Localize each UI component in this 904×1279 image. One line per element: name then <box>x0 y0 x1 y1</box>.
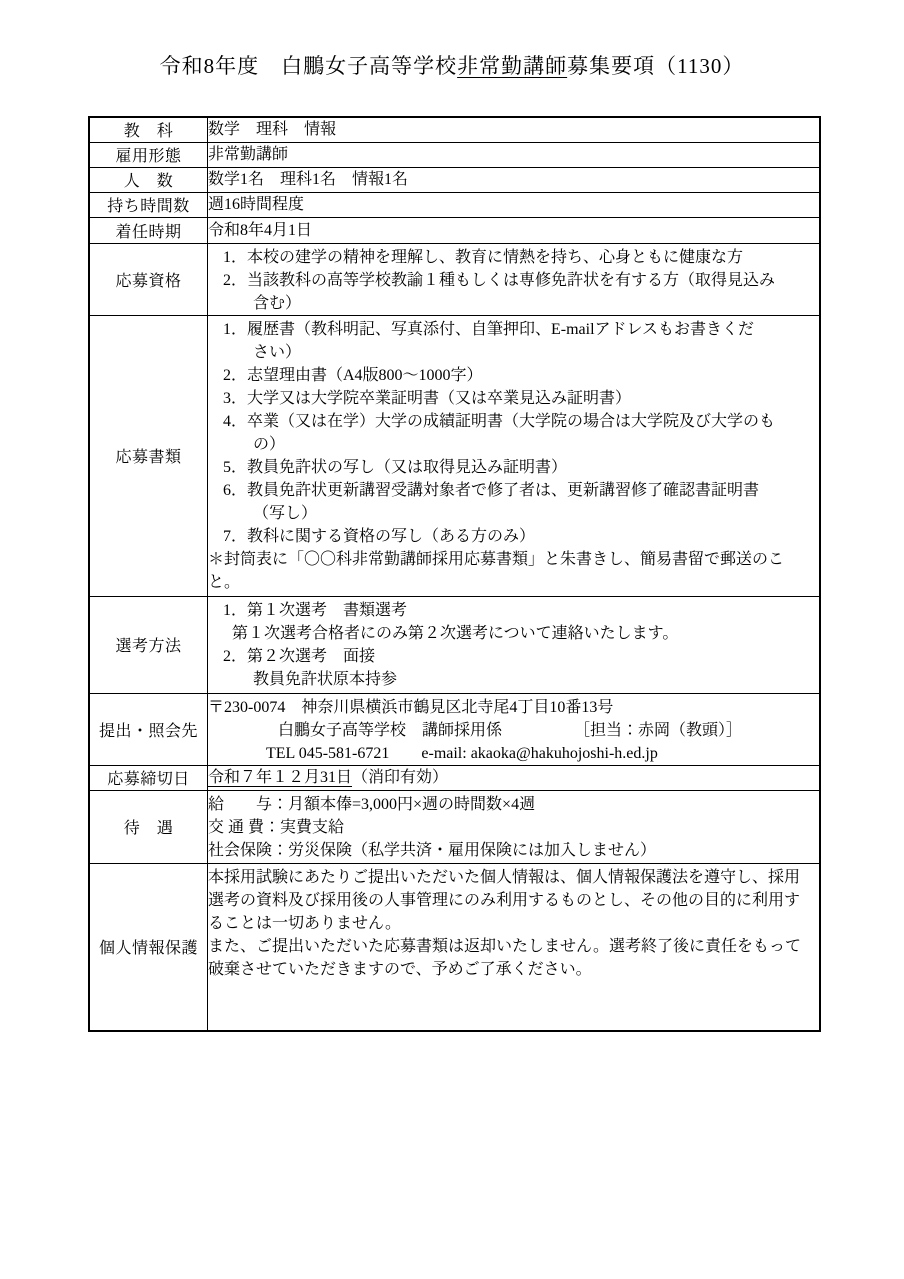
text-segment: 7．教科に関する資格の写し（ある方のみ） <box>223 528 535 545</box>
table-row-privacy: 個人情報保護本採用試験にあたりご提出いただいた個人情報は、個人情報保護法を遵守し… <box>89 863 820 1031</box>
text-line: TEL 045-581-6721 e-mail: akaoka@hakuhojo… <box>208 742 819 765</box>
row-content-hours: 週16時間程度 <box>208 192 821 217</box>
text-line: 第１次選考合格者にのみ第２次選考について連絡いたします。 <box>208 622 819 645</box>
text-line: 教員免許状原本持参 <box>208 668 819 691</box>
text-line: 数学 理科 情報 <box>208 118 819 141</box>
text-segment: さい） <box>253 344 301 361</box>
text-segment: と。 <box>208 574 240 591</box>
underlined-text: 令和７年１２月31日 <box>208 769 352 786</box>
row-content-subject: 数学 理科 情報 <box>208 117 821 142</box>
table-row-contact: 提出・照会先〒230-0074 神奈川県横浜市鶴見区北寺尾4丁目10番13号白鵬… <box>89 693 820 765</box>
text-segment: 白鵬女子高等学校 講師採用係 ［担当：赤岡（教頭）］ <box>278 722 742 739</box>
table-row-compensation: 待 遇給 与：月額本俸=3,000円×週の時間数×4週交 通 費：実費支給社会保… <box>89 790 820 863</box>
text-line: 7．教科に関する資格の写し（ある方のみ） <box>208 525 819 548</box>
text-segment: 非常勤講師 <box>208 146 288 163</box>
text-segment: 本採用試験にあたりご提出いただいた個人情報は、個人情報保護法を遵守し、採用 <box>208 869 800 886</box>
text-line: 2．志望理由書（A4版800～1000字） <box>208 364 819 387</box>
text-line: 本採用試験にあたりご提出いただいた個人情報は、個人情報保護法を遵守し、採用 <box>208 866 819 889</box>
text-line: 〒230-0074 神奈川県横浜市鶴見区北寺尾4丁目10番13号 <box>208 696 819 719</box>
text-segment: 6．教員免許状更新講習受講対象者で修了者は、更新講習修了確認書証明書 <box>223 482 759 499</box>
title-underlined-text: 非常勤講師 <box>457 54 567 78</box>
text-line: 週16時間程度 <box>208 193 819 216</box>
text-segment: 第１次選考合格者にのみ第２次選考について連絡いたします。 <box>232 625 678 642</box>
text-segment: 5．教員免許状の写し（又は取得見込み証明書） <box>223 459 567 476</box>
text-segment: 選考の資料及び採用後の人事管理にのみ利用するものとし、その他の目的に利用す <box>208 892 800 909</box>
row-label-subject: 教 科 <box>89 117 208 142</box>
text-line: 非常勤講師 <box>208 143 819 166</box>
table-row-subject: 教 科数学 理科 情報 <box>89 117 820 142</box>
row-label-headcount: 人 数 <box>89 167 208 192</box>
text-segment: 令和8年4月1日 <box>208 222 312 239</box>
page-title: 令和8年度 白鵬女子高等学校非常勤講師募集要項（1130） <box>0 0 904 80</box>
text-line: （写し） <box>208 502 819 525</box>
text-line: の） <box>208 433 819 456</box>
table-row-qualifications: 応募資格1．本校の建学の精神を理解し、教育に情熱を持ち、心身ともに健康な方2．当… <box>89 243 820 315</box>
text-line: 3．大学又は大学院卒業証明書（又は卒業見込み証明書） <box>208 387 819 410</box>
row-label-documents: 応募書類 <box>89 315 208 596</box>
table-row-start-date: 着任時期令和8年4月1日 <box>89 217 820 243</box>
row-label-compensation: 待 遇 <box>89 790 208 863</box>
text-line: ＊封筒表に「〇〇科非常勤講師採用応募書類」と朱書きし、簡易書留で郵送のこ <box>208 548 819 571</box>
row-content-employment-type: 非常勤講師 <box>208 142 821 167</box>
text-line: 令和8年4月1日 <box>208 219 819 242</box>
text-line: 5．教員免許状の写し（又は取得見込み証明書） <box>208 456 819 479</box>
text-line: 選考の資料及び採用後の人事管理にのみ利用するものとし、その他の目的に利用す <box>208 889 819 912</box>
table-row-deadline: 応募締切日令和７年１２月31日（消印有効） <box>89 765 820 790</box>
text-segment: TEL 045-581-6721 e-mail: akaoka@hakuhojo… <box>266 745 658 762</box>
text-line: さい） <box>208 341 819 364</box>
text-line: 6．教員免許状更新講習受講対象者で修了者は、更新講習修了確認書証明書 <box>208 479 819 502</box>
text-segment: 〒230-0074 神奈川県横浜市鶴見区北寺尾4丁目10番13号 <box>208 699 613 716</box>
text-line: 令和７年１２月31日（消印有効） <box>208 766 819 789</box>
document-page: 令和8年度 白鵬女子高等学校非常勤講師募集要項（1130） 教 科数学 理科 情… <box>0 0 904 1279</box>
text-segment: 3．大学又は大学院卒業証明書（又は卒業見込み証明書） <box>223 390 631 407</box>
row-content-headcount: 数学1名 理科1名 情報1名 <box>208 167 821 192</box>
text-segment: 週16時間程度 <box>208 196 304 213</box>
text-line: ることは一切ありません。 <box>208 912 819 935</box>
text-line: 1．履歴書（教科明記、写真添付、自筆押印、E-mailアドレスもお書きくだ <box>208 318 819 341</box>
row-label-privacy: 個人情報保護 <box>89 863 208 1031</box>
text-segment: 1．履歴書（教科明記、写真添付、自筆押印、E-mailアドレスもお書きくだ <box>223 321 754 338</box>
row-label-contact: 提出・照会先 <box>89 693 208 765</box>
text-segment: 給 与：月額本俸=3,000円×週の時間数×4週 <box>208 796 535 813</box>
text-segment: 2．当該教科の高等学校教諭１種もしくは専修免許状を有する方（取得見込み <box>223 272 775 289</box>
text-line: 数学1名 理科1名 情報1名 <box>208 168 819 191</box>
row-content-contact: 〒230-0074 神奈川県横浜市鶴見区北寺尾4丁目10番13号白鵬女子高等学校… <box>208 693 821 765</box>
text-segment: 数学 理科 情報 <box>208 121 336 138</box>
text-line: 交 通 費：実費支給 <box>208 816 819 839</box>
row-label-hours: 持ち時間数 <box>89 192 208 217</box>
text-segment: 教員免許状原本持参 <box>253 671 397 688</box>
text-line: 1．本校の建学の精神を理解し、教育に情熱を持ち、心身ともに健康な方 <box>208 246 819 269</box>
text-segment: （消印有効） <box>352 769 448 786</box>
title-text-pre: 令和8年度 白鵬女子高等学校 <box>160 54 458 78</box>
table-row-headcount: 人 数数学1名 理科1名 情報1名 <box>89 167 820 192</box>
text-segment: 社会保険：労災保険（私学共済・雇用保険には加入しません） <box>208 842 656 859</box>
row-content-qualifications: 1．本校の建学の精神を理解し、教育に情熱を持ち、心身ともに健康な方2．当該教科の… <box>208 243 821 315</box>
row-label-qualifications: 応募資格 <box>89 243 208 315</box>
text-segment: 含む） <box>253 295 301 312</box>
text-line: 4．卒業（又は在学）大学の成績証明書（大学院の場合は大学院及び大学のも <box>208 410 819 433</box>
text-segment: ＊封筒表に「〇〇科非常勤講師採用応募書類」と朱書きし、簡易書留で郵送のこ <box>208 551 784 568</box>
text-segment: ることは一切ありません。 <box>208 915 401 932</box>
text-line: 2．第２次選考 面接 <box>208 645 819 668</box>
row-content-selection: 1．第１次選考 書類選考第１次選考合格者にのみ第２次選考について連絡いたします。… <box>208 596 821 693</box>
text-segment: 2．第２次選考 面接 <box>223 648 375 665</box>
table-row-selection: 選考方法1．第１次選考 書類選考第１次選考合格者にのみ第２次選考について連絡いた… <box>89 596 820 693</box>
row-content-start-date: 令和8年4月1日 <box>208 217 821 243</box>
text-line: 白鵬女子高等学校 講師採用係 ［担当：赤岡（教頭）］ <box>208 719 819 742</box>
text-segment: の） <box>253 436 285 453</box>
text-line: 破棄させていただきますので、予めご了承ください。 <box>208 958 819 981</box>
row-label-employment-type: 雇用形態 <box>89 142 208 167</box>
text-segment: また、ご提出いただいた応募書類は返却いたしません。選考終了後に責任をもって <box>208 938 801 955</box>
text-segment: 1．本校の建学の精神を理解し、教育に情熱を持ち、心身ともに健康な方 <box>223 249 743 266</box>
text-line: 社会保険：労災保険（私学共済・雇用保険には加入しません） <box>208 839 819 862</box>
table-row-documents: 応募書類1．履歴書（教科明記、写真添付、自筆押印、E-mailアドレスもお書きく… <box>89 315 820 596</box>
table-row-employment-type: 雇用形態非常勤講師 <box>89 142 820 167</box>
text-line: 1．第１次選考 書類選考 <box>208 599 819 622</box>
recruitment-info-table-body: 教 科数学 理科 情報雇用形態非常勤講師人 数数学1名 理科1名 情報1名持ち時… <box>89 117 820 1031</box>
row-content-deadline: 令和７年１２月31日（消印有効） <box>208 765 821 790</box>
row-content-documents: 1．履歴書（教科明記、写真添付、自筆押印、E-mailアドレスもお書きください）… <box>208 315 821 596</box>
row-content-compensation: 給 与：月額本俸=3,000円×週の時間数×4週交 通 費：実費支給社会保険：労… <box>208 790 821 863</box>
text-segment: 破棄させていただきますので、予めご了承ください。 <box>208 961 592 978</box>
row-label-start-date: 着任時期 <box>89 217 208 243</box>
table-row-hours: 持ち時間数週16時間程度 <box>89 192 820 217</box>
text-line: 2．当該教科の高等学校教諭１種もしくは専修免許状を有する方（取得見込み <box>208 269 819 292</box>
text-segment: 数学1名 理科1名 情報1名 <box>208 171 408 188</box>
recruitment-info-table: 教 科数学 理科 情報雇用形態非常勤講師人 数数学1名 理科1名 情報1名持ち時… <box>88 116 821 1032</box>
text-line: 含む） <box>208 292 819 315</box>
row-content-privacy: 本採用試験にあたりご提出いただいた個人情報は、個人情報保護法を遵守し、採用選考の… <box>208 863 821 1031</box>
text-line: また、ご提出いただいた応募書類は返却いたしません。選考終了後に責任をもって <box>208 935 819 958</box>
text-segment: （写し） <box>253 505 317 522</box>
text-segment: 交 通 費：実費支給 <box>208 819 344 836</box>
text-segment: 4．卒業（又は在学）大学の成績証明書（大学院の場合は大学院及び大学のも <box>223 413 775 430</box>
text-line: と。 <box>208 571 819 594</box>
title-text-post: 募集要項（1130） <box>567 54 744 78</box>
text-segment: 1．第１次選考 書類選考 <box>223 602 407 619</box>
row-label-selection: 選考方法 <box>89 596 208 693</box>
row-label-deadline: 応募締切日 <box>89 765 208 790</box>
text-segment: 2．志望理由書（A4版800～1000字） <box>223 367 483 384</box>
text-line: 給 与：月額本俸=3,000円×週の時間数×4週 <box>208 793 819 816</box>
